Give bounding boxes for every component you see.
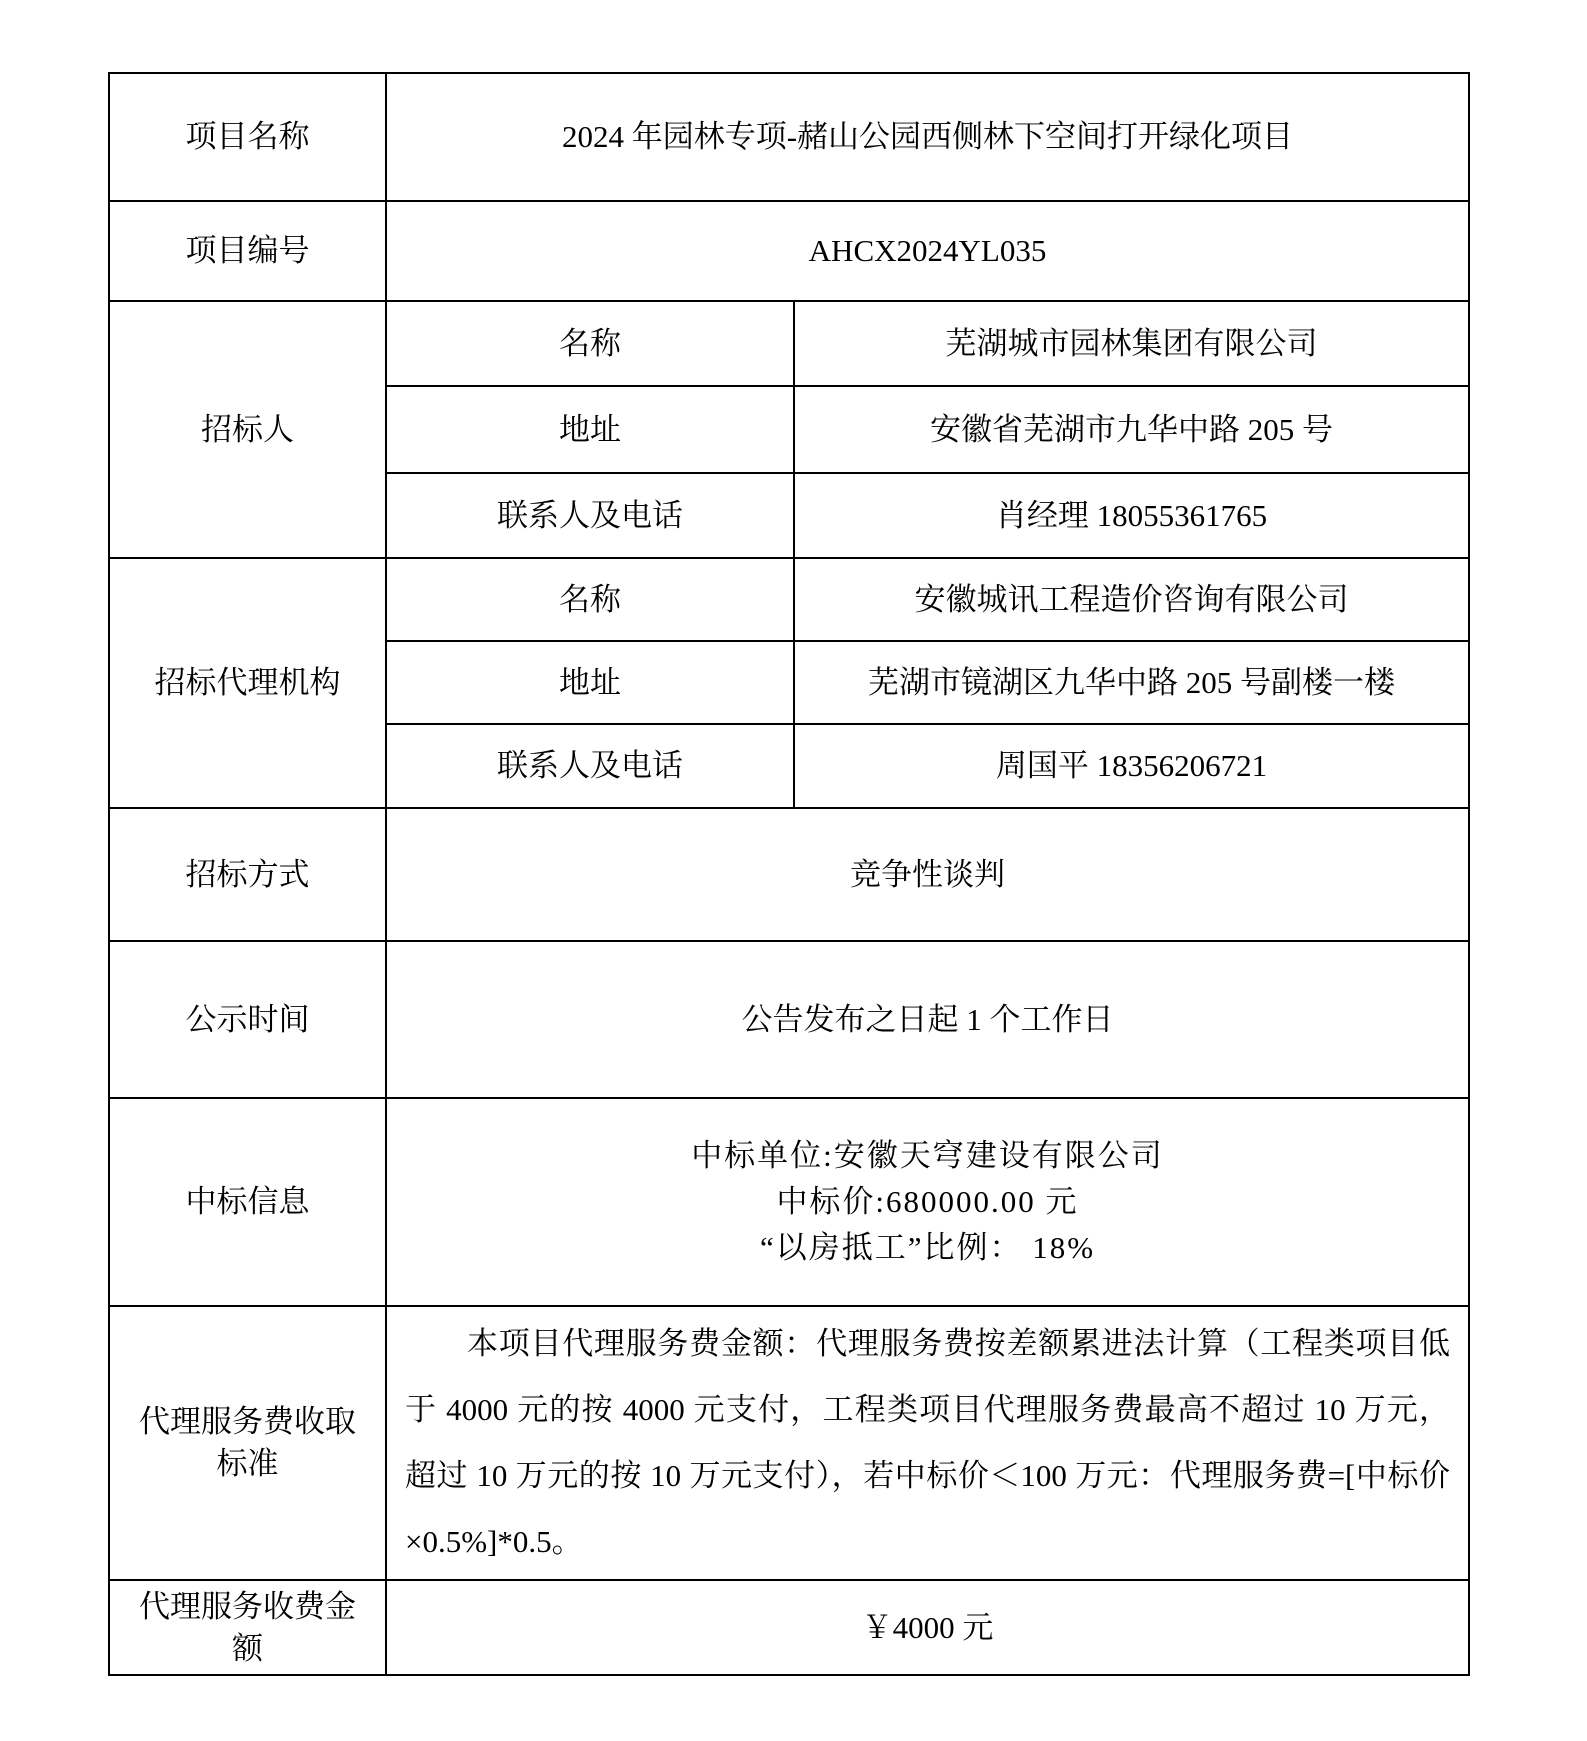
- agency-contact-label: 联系人及电话: [386, 724, 794, 808]
- agency-label: 招标代理机构: [109, 558, 386, 808]
- row-tenderer-name: 招标人 名称 芜湖城市园林集团有限公司: [109, 301, 1469, 386]
- project-code-label: 项目编号: [109, 201, 386, 301]
- tenderer-contact-value: 肖经理 18055361765: [794, 473, 1469, 558]
- agency-name-value: 安徽城讯工程造价咨询有限公司: [794, 558, 1469, 641]
- tenderer-label: 招标人: [109, 301, 386, 558]
- award-price-line: 中标价:680000.00 元: [405, 1179, 1450, 1225]
- award-ratio-line: “以房抵工”比例： 18%: [405, 1225, 1450, 1271]
- publicity-period-value: 公告发布之日起 1 个工作日: [386, 941, 1469, 1098]
- publicity-period-label: 公示时间: [109, 941, 386, 1098]
- fee-amount-label: 代理服务收费金额: [109, 1580, 386, 1675]
- tenderer-contact-label: 联系人及电话: [386, 473, 794, 558]
- fee-standard-line-2: 于 4000 元的按 4000 元支付，工程类项目代理服务费最高不超过 10 万…: [405, 1377, 1450, 1443]
- project-name-label: 项目名称: [109, 73, 386, 201]
- row-publicity-period: 公示时间 公告发布之日起 1 个工作日: [109, 941, 1469, 1098]
- row-fee-amount: 代理服务收费金额 ￥4000 元: [109, 1580, 1469, 1675]
- fee-standard-value: 本项目代理服务费金额：代理服务费按差额累进法计算（工程类项目低 于 4000 元…: [386, 1306, 1469, 1580]
- tenderer-name-value: 芜湖城市园林集团有限公司: [794, 301, 1469, 386]
- tenderer-name-label: 名称: [386, 301, 794, 386]
- award-winner-line: 中标单位:安徽天穹建设有限公司: [405, 1133, 1450, 1179]
- fee-standard-line-3: 超过 10 万元的按 10 万元支付），若中标价＜100 万元：代理服务费=[中…: [405, 1443, 1450, 1509]
- row-project-code: 项目编号 AHCX2024YL035: [109, 201, 1469, 301]
- row-award-info: 中标信息 中标单位:安徽天穹建设有限公司 中标价:680000.00 元 “以房…: [109, 1098, 1469, 1306]
- project-name-value: 2024 年园林专项-赭山公园西侧林下空间打开绿化项目: [386, 73, 1469, 201]
- fee-standard-line-1: 本项目代理服务费金额：代理服务费按差额累进法计算（工程类项目低: [405, 1311, 1450, 1377]
- award-info-value: 中标单位:安徽天穹建设有限公司 中标价:680000.00 元 “以房抵工”比例…: [386, 1098, 1469, 1306]
- tenderer-address-label: 地址: [386, 386, 794, 473]
- fee-amount-value: ￥4000 元: [386, 1580, 1469, 1675]
- agency-contact-value: 周国平 18356206721: [794, 724, 1469, 808]
- fee-standard-line-4: ×0.5%]*0.5。: [405, 1509, 1450, 1575]
- agency-address-label: 地址: [386, 641, 794, 724]
- agency-name-label: 名称: [386, 558, 794, 641]
- row-fee-standard: 代理服务费收取标准 本项目代理服务费金额：代理服务费按差额累进法计算（工程类项目…: [109, 1306, 1469, 1580]
- tenderer-address-value: 安徽省芜湖市九华中路 205 号: [794, 386, 1469, 473]
- document-page: 项目名称 2024 年园林专项-赭山公园西侧林下空间打开绿化项目 项目编号 AH…: [0, 0, 1587, 1741]
- tender-announcement-table: 项目名称 2024 年园林专项-赭山公园西侧林下空间打开绿化项目 项目编号 AH…: [108, 72, 1470, 1676]
- method-label: 招标方式: [109, 808, 386, 941]
- row-agency-name: 招标代理机构 名称 安徽城讯工程造价咨询有限公司: [109, 558, 1469, 641]
- method-value: 竞争性谈判: [386, 808, 1469, 941]
- row-project-name: 项目名称 2024 年园林专项-赭山公园西侧林下空间打开绿化项目: [109, 73, 1469, 201]
- row-method: 招标方式 竞争性谈判: [109, 808, 1469, 941]
- agency-address-value: 芜湖市镜湖区九华中路 205 号副楼一楼: [794, 641, 1469, 724]
- award-info-label: 中标信息: [109, 1098, 386, 1306]
- project-code-value: AHCX2024YL035: [386, 201, 1469, 301]
- fee-standard-label: 代理服务费收取标准: [109, 1306, 386, 1580]
